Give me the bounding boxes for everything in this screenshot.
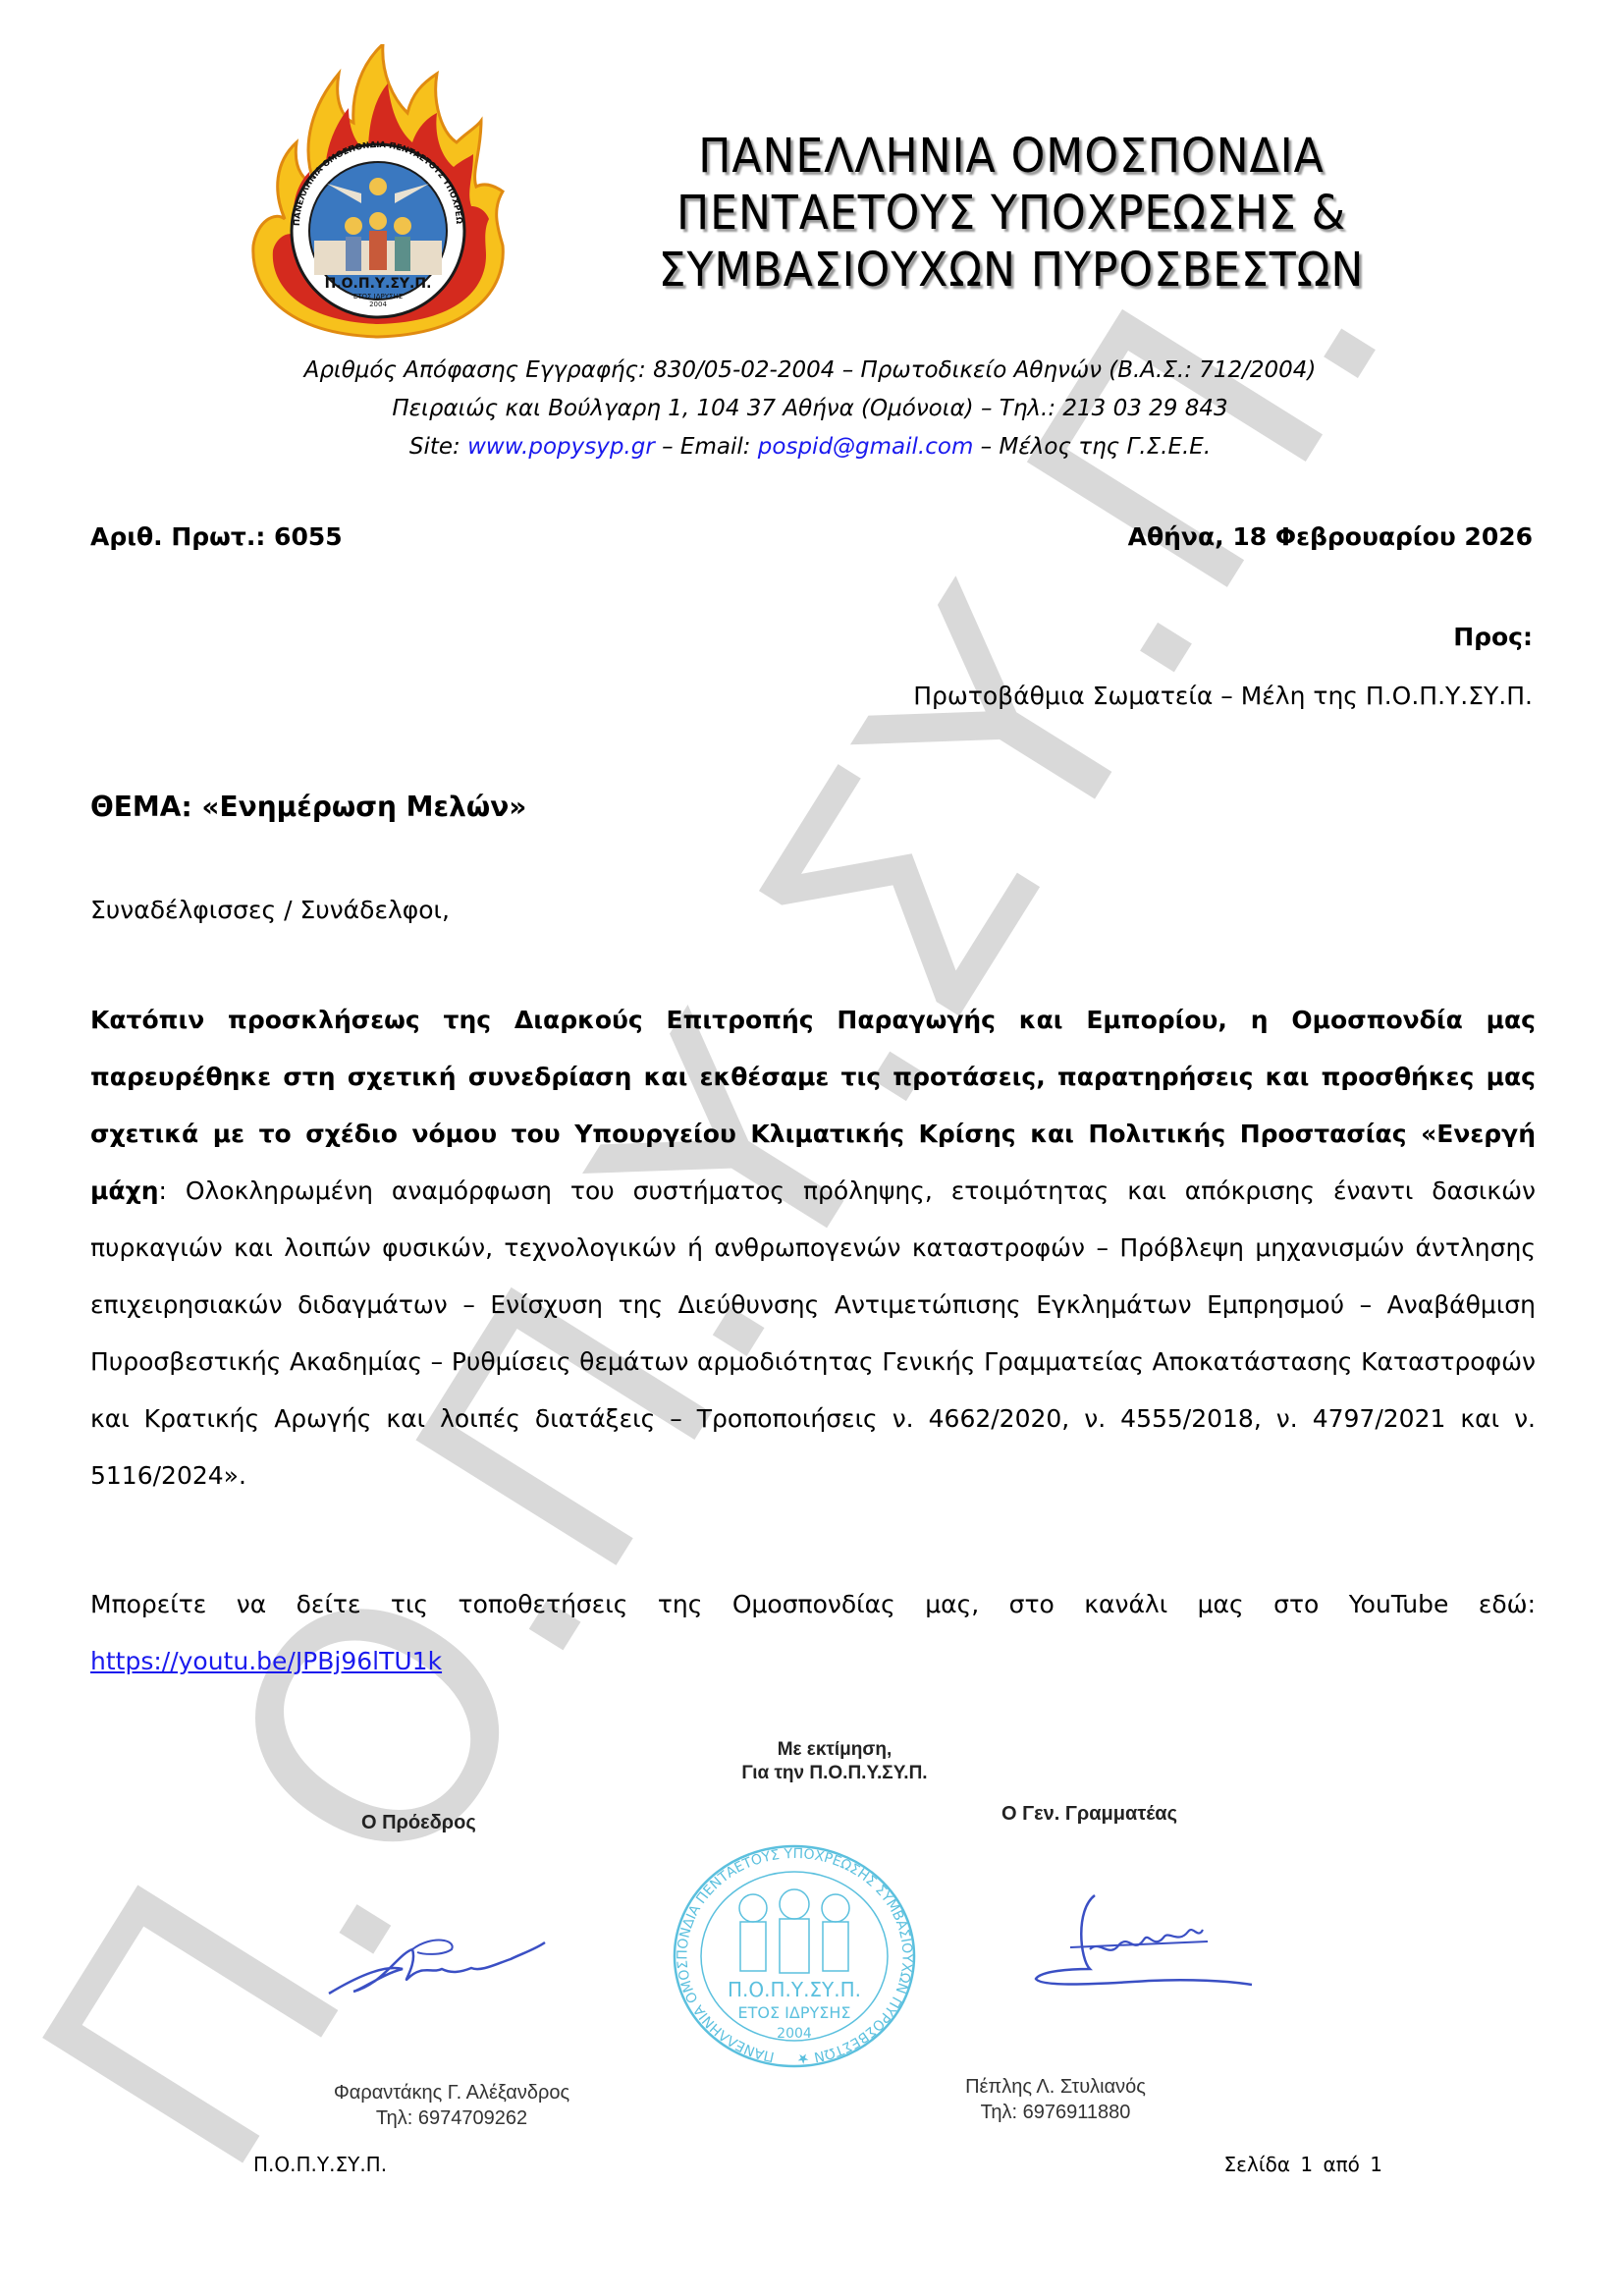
address-line: Πειραιώς και Βούλγαρη 1, 104 37 Αθήνα (Ο…	[147, 390, 1473, 428]
stamp-acronym: Π.Ο.Π.Υ.ΣΥ.Π.	[728, 1978, 861, 2001]
body-bold-text: Κατόπιν προσκλήσεως της Διαρκούς Επιτροπ…	[90, 1006, 1536, 1205]
footer-page-number: Σελίδα 1 από 1	[1224, 2153, 1382, 2176]
secretary-signature-icon	[1031, 1890, 1267, 1998]
greeting: Συναδέλφισσες / Συνάδελφοι,	[90, 896, 450, 924]
site-label: Site:	[409, 434, 467, 460]
president-details: Φαραντάκης Γ. Αλέξανδρος Τηλ: 6974709262	[304, 2080, 599, 2131]
email-label: – Email:	[655, 434, 758, 460]
email-link[interactable]: pospid@gmail.com	[758, 434, 974, 460]
president-role: Ο Πρόεδρος	[361, 1812, 476, 1834]
secretary-details: Πέπλης Λ. Στυλιανός Τηλ: 6976911880	[908, 2074, 1203, 2125]
recipient-label: Προς:	[1453, 623, 1533, 651]
organization-title-line-3: ΣΥΜΒΑΣΙΟΥΧΩΝ ΠΥΡΟΣΒΕΣΤΩΝ	[650, 242, 1373, 299]
official-stamp: ΠΑΝΕΛΛΗΝΙΑ ΟΜΟΣΠΟΝΔΙΑ ΠΕΝΤΑΕΤΟΥΣ ΥΠΟΧΡΕΩ…	[670, 1841, 920, 2072]
closing-org: Για την Π.Ο.Π.Υ.ΣΥ.Π.	[707, 1762, 962, 1785]
organization-title-line-1: ΠΑΝΕΛΛΗΝΙΑ ΟΜΟΣΠΟΝΔΙΑ	[650, 128, 1373, 185]
youtube-paragraph: Μπορείτε να δείτε τις τοποθετήσεις της Ο…	[90, 1576, 1536, 1633]
closing-block: Με εκτίμηση, Για την Π.Ο.Π.Υ.ΣΥ.Π.	[707, 1738, 962, 1785]
secretary-role: Ο Γεν. Γραμματέας	[1001, 1803, 1177, 1826]
closing-regards: Με εκτίμηση,	[707, 1738, 962, 1762]
president-phone: Τηλ: 6974709262	[304, 2105, 599, 2131]
organization-title: ΠΑΝΕΛΛΗΝΙΑ ΟΜΟΣΠΟΝΔΙΑ ΠΕΝΤΑΕΤΟΥΣ ΥΠΟΧΡΕΩ…	[619, 128, 1404, 299]
registration-line: Αριθμός Απόφασης Εγγραφής: 830/05-02-200…	[147, 352, 1473, 390]
logo-founded-label: ΕΤΟΣ ΙΔΡΥΣΗΣ	[353, 293, 403, 301]
protocol-number: Αριθ. Πρωτ.: 6055	[90, 522, 343, 551]
organization-title-line-2: ΠΕΝΤΑΕΤΟΥΣ ΥΠΟΧΡΕΩΣΗΣ &	[650, 185, 1373, 242]
body-regular-text: : Ολοκληρωμένη αναμόρφωση του συστήματος…	[90, 1176, 1536, 1490]
stamp-founded-year: 2004	[777, 2026, 812, 2042]
letterhead-info: Αριθμός Απόφασης Εγγραφής: 830/05-02-200…	[147, 352, 1473, 466]
federation-logo: Π.Ο.Π.Υ.ΣΥ.Π. ΕΤΟΣ ΙΔΡΥΣΗΣ 2004 ΠΑΝΕΛΛΗΝ…	[245, 44, 511, 339]
letter-date: Αθήνα, 18 Φεβρουαρίου 2026	[1128, 522, 1533, 551]
president-name: Φαραντάκης Γ. Αλέξανδρος	[304, 2080, 599, 2105]
logo-acronym: Π.Ο.Π.Υ.ΣΥ.Π.	[325, 276, 432, 292]
secretary-phone: Τηλ: 6976911880	[908, 2100, 1203, 2125]
recipient-value: Πρωτοβάθμια Σωματεία – Μέλη της Π.Ο.Π.Υ.…	[913, 682, 1533, 710]
subject-heading: ΘΕΜΑ: «Ενημέρωση Μελών»	[90, 791, 526, 823]
footer-org: Π.Ο.Π.Υ.ΣΥ.Π.	[253, 2153, 387, 2176]
contact-line: Site: www.popysyp.gr – Email: pospid@gma…	[147, 428, 1473, 466]
president-signature-icon	[324, 1925, 550, 2003]
membership-text: – Μέλος της Γ.Σ.Ε.Ε.	[973, 434, 1211, 460]
secretary-name: Πέπλης Λ. Στυλιανός	[908, 2074, 1203, 2100]
stamp-founded-label: ΕΤΟΣ ΙΔΡΥΣΗΣ	[737, 2003, 850, 2022]
site-link[interactable]: www.popysyp.gr	[467, 434, 655, 460]
logo-founded-year: 2004	[369, 301, 387, 308]
body-paragraph: Κατόπιν προσκλήσεως της Διαρκούς Επιτροπ…	[90, 992, 1536, 1504]
youtube-link[interactable]: https://youtu.be/JPBj96lTU1k	[90, 1633, 442, 1690]
